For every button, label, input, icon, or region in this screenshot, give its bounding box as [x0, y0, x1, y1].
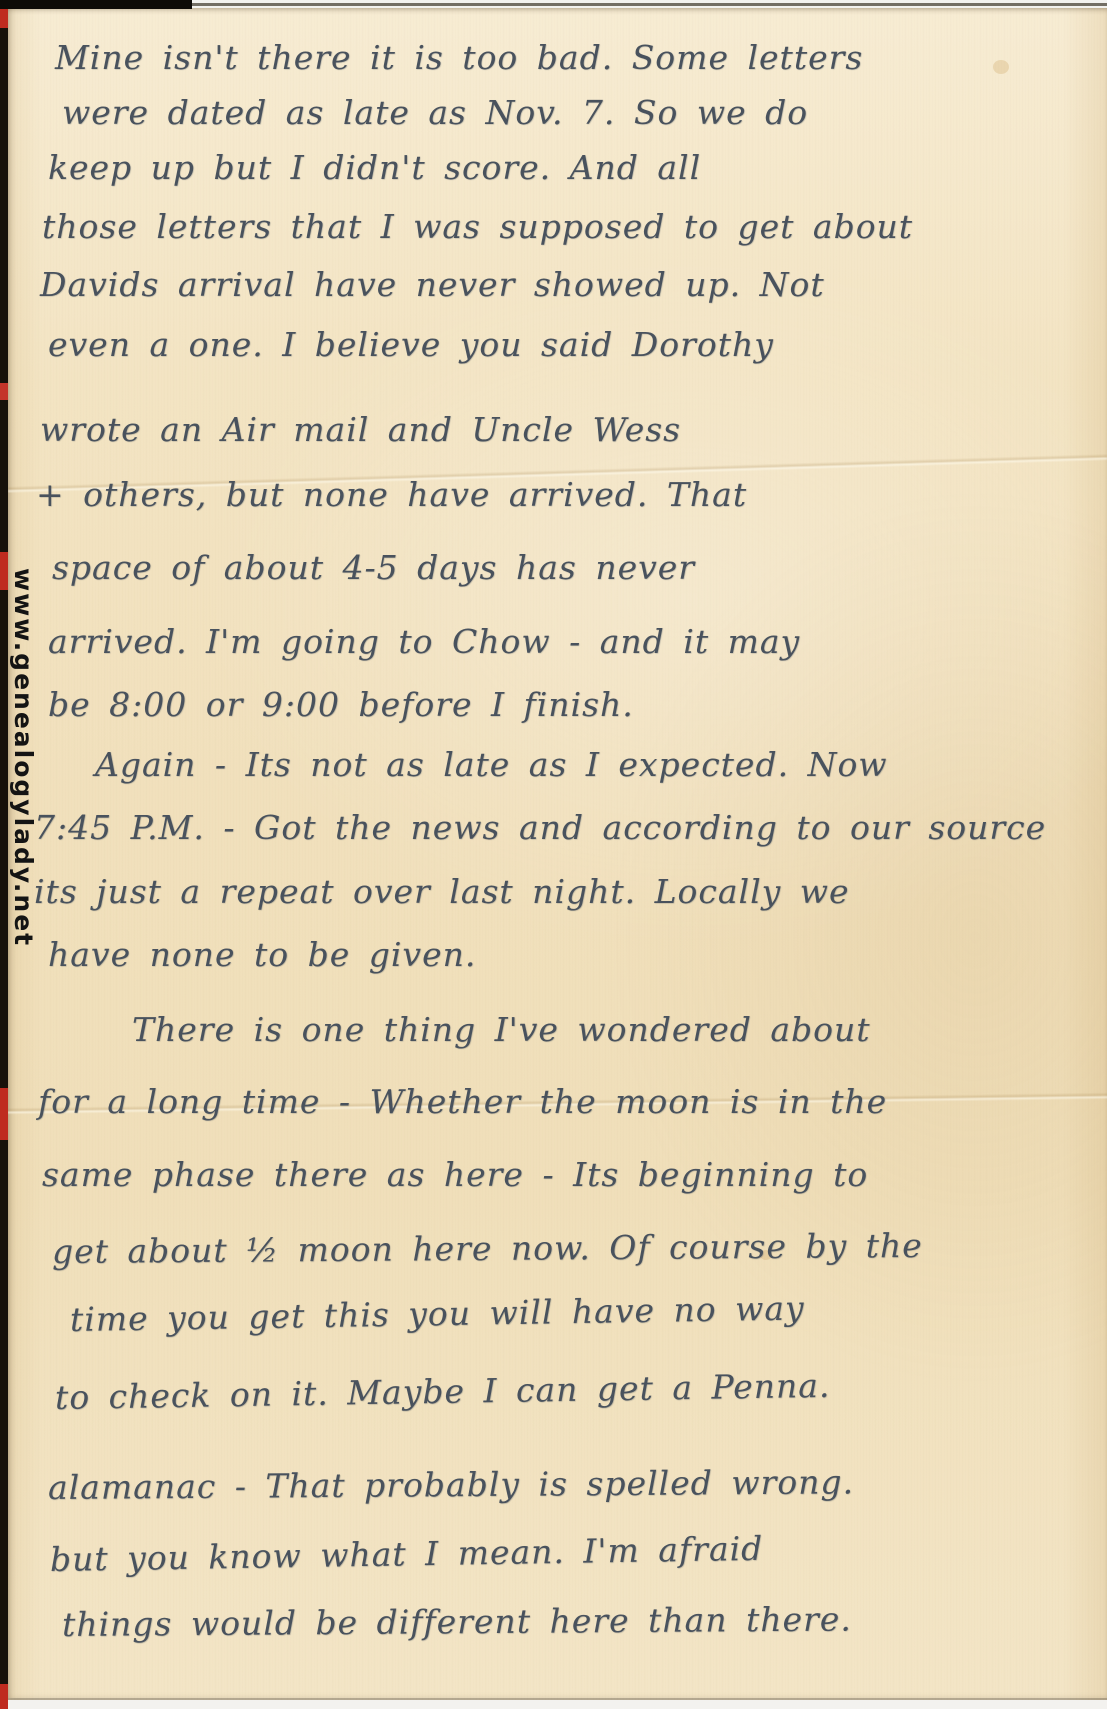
letter-paper: [8, 8, 1107, 1700]
handwritten-line: its just a repeat over last night. Local…: [34, 872, 850, 911]
handwritten-line: wrote an Air mail and Uncle Wess: [40, 410, 681, 449]
handwritten-line: have none to be given.: [48, 935, 476, 974]
handwritten-line: There is one thing I've wondered about: [132, 1010, 871, 1049]
handwritten-line: space of about 4-5 days has never: [52, 548, 695, 587]
paper-stain: [993, 60, 1009, 74]
scan-edge-top: [0, 0, 192, 9]
handwritten-line: arrived. I'm going to Chow - and it may: [48, 622, 800, 661]
handwritten-line: those letters that I was supposed to get…: [42, 207, 913, 246]
handwritten-line: things would be different here than ther…: [62, 1599, 852, 1644]
handwritten-line: for a long time - Whether the moon is in…: [38, 1082, 887, 1121]
handwritten-line: Again - Its not as late as I expected. N…: [95, 745, 888, 784]
handwritten-line: same phase there as here - Its beginning…: [42, 1155, 868, 1194]
handwritten-line: Mine isn't there it is too bad. Some let…: [55, 38, 863, 77]
handwritten-line: keep up but I didn't score. And all: [48, 148, 701, 187]
handwritten-line: alamanac - That probably is spelled wron…: [48, 1462, 854, 1507]
handwritten-line: were dated as late as Nov. 7. So we do: [62, 93, 808, 132]
handwritten-line: get about ½ moon here now. Of course by …: [52, 1226, 923, 1271]
handwritten-line: be 8:00 or 9:00 before I finish.: [48, 685, 634, 724]
scanned-letter-page: www.genealogylady.net Mine isn't there i…: [0, 0, 1107, 1709]
handwritten-line: Davids arrival have never showed up. Not: [40, 265, 825, 304]
handwritten-line: even a one. I believe you said Dorothy: [48, 325, 774, 364]
handwritten-line: + others, but none have arrived. That: [36, 475, 747, 514]
scan-edge-top-line: [192, 3, 1107, 6]
scan-edge-left: [0, 0, 8, 1709]
handwritten-line: 7:45 P.M. - Got the news and according t…: [34, 808, 1046, 847]
